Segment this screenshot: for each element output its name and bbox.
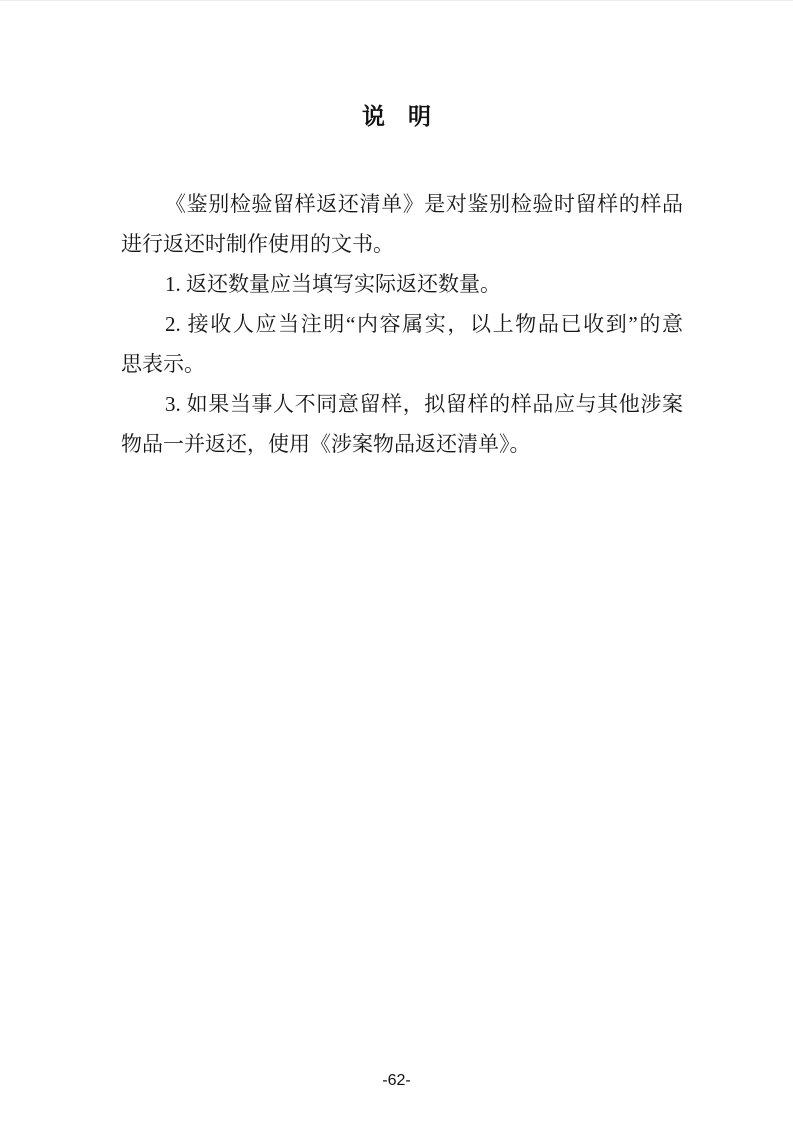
document-title: 说 明 [0, 101, 793, 131]
document-page: 说 明 《鉴别检验留样返还清单》是对鉴别检验时留样的样品 进行返还时制作使用的文… [0, 0, 793, 1123]
body-line-paragraph1-line1: 《鉴别检验留样返还清单》是对鉴别检验时留样的样品 [121, 184, 683, 224]
page-number: -62- [0, 1071, 793, 1091]
body-line-item2-line1: 2. 接收人应当注明“内容属实，以上物品已收到”的意 [121, 304, 683, 344]
body-line-paragraph1-line2: 进行返还时制作使用的文书。 [121, 224, 683, 264]
body-line-item3-line2: 物品一并返还，使用《涉案物品返还清单》。 [121, 424, 683, 464]
body-line-item3-line1: 3. 如果当事人不同意留样，拟留样的样品应与其他涉案 [121, 384, 683, 424]
body-line-item1: 1. 返还数量应当填写实际返还数量。 [121, 264, 683, 304]
document-body: 《鉴别检验留样返还清单》是对鉴别检验时留样的样品 进行返还时制作使用的文书。 1… [121, 184, 683, 464]
body-line-item2-line2: 思表示。 [121, 344, 683, 384]
